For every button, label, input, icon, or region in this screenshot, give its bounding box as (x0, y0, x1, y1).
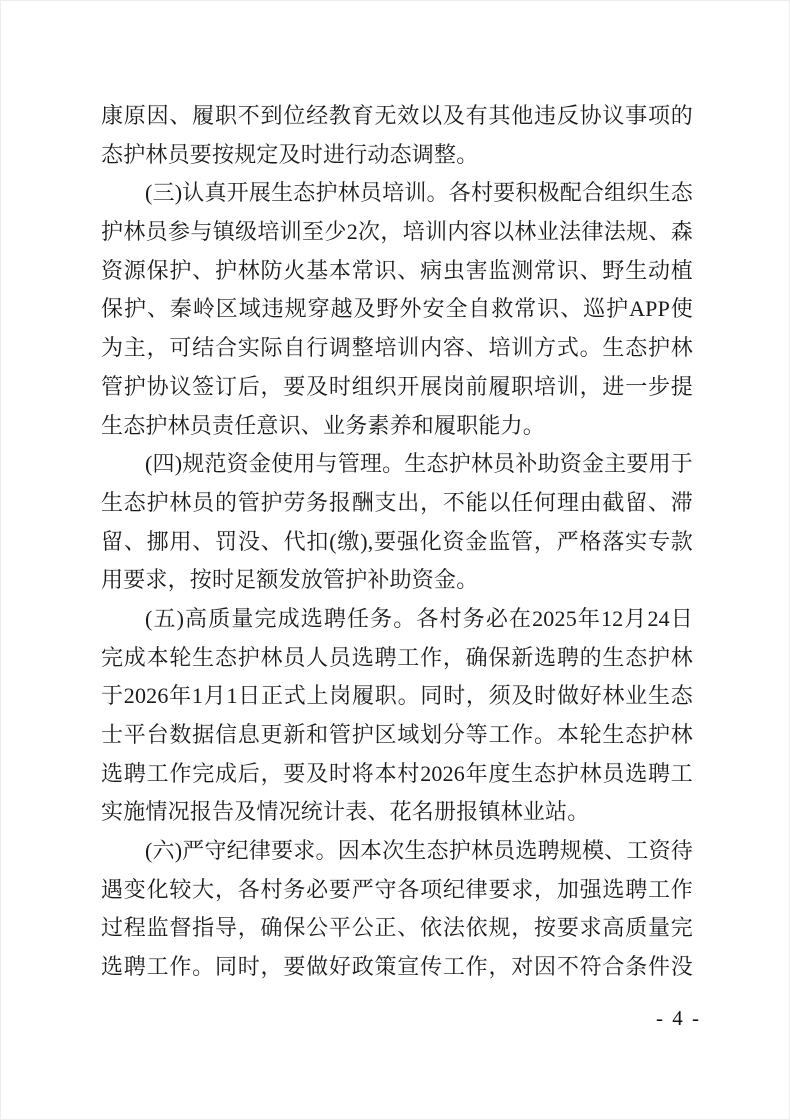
text-line: 管护协议签订后，要及时组织开展岗前履职培训，进一步提升 (101, 368, 693, 407)
text-line: 保护、秦岭区域违规穿越及野外安全自救常识、巡护APP使用等 (101, 290, 693, 329)
text-line: (五)高质量完成选聘任务。各村务必在2025年12月24日前 (101, 600, 693, 639)
text-line: 留、挪用、罚没、代扣(缴),要强化资金监管，严格落实专款专 (101, 523, 693, 562)
text-line: (三)认真开展生态护林员培训。各村要积极配合组织生态 (101, 174, 693, 213)
text-line: 完成本轮生态护林员人员选聘工作，确保新选聘的生态护林员 (101, 639, 693, 678)
text-line: 为主，可结合实际自行调整培训内容、培训方式。生态护林员 (101, 329, 693, 368)
text-line: 于2026年1月1日正式上岗履职。同时，须及时做好林业生态卫 (101, 677, 693, 716)
text-line: 选聘工作完成后，要及时将本村2026年度生态护林员选聘工作 (101, 755, 693, 794)
text-line: 士平台数据信息更新和管护区域划分等工作。本轮生态护林员 (101, 716, 693, 755)
text-line: 实施情况报告及情况统计表、花名册报镇林业站。 (101, 793, 693, 832)
document-page: 康原因、履职不到位经教育无效以及有其他违反协议事项的生态护林员要按规定及时进行动… (0, 0, 790, 1120)
text-line: 康原因、履职不到位经教育无效以及有其他违反协议事项的生 (101, 97, 693, 136)
text-line: (六)严守纪律要求。因本次生态护林员选聘规模、工资待 (101, 832, 693, 871)
text-line: 遇变化较大，各村务必要严守各项纪律要求，加强选聘工作全 (101, 871, 693, 910)
text-line: 生态护林员的管护劳务报酬支出，不能以任何理由截留、滞 (101, 484, 693, 523)
text-line: 生态护林员责任意识、业务素养和履职能力。 (101, 407, 693, 446)
text-line: 选聘工作。同时，要做好政策宣传工作，对因不符合条件没有 (101, 948, 693, 987)
text-line: (四)规范资金使用与管理。生态护林员补助资金主要用于 (101, 445, 693, 484)
page-number: - 4 - (656, 1006, 701, 1031)
text-line: 资源保护、护林防火基本常识、病虫害监测常识、野生动植物 (101, 252, 693, 291)
text-line: 护林员参与镇级培训至少2次，培训内容以林业法律法规、森林 (101, 213, 693, 252)
document-body: 康原因、履职不到位经教育无效以及有其他违反协议事项的生态护林员要按规定及时进行动… (101, 97, 693, 987)
text-line: 态护林员要按规定及时进行动态调整。 (101, 136, 693, 175)
text-line: 过程监督指导，确保公平公正、依法依规，按要求高质量完成 (101, 909, 693, 948)
text-line: 用要求，按时足额发放管护补助资金。 (101, 561, 693, 600)
